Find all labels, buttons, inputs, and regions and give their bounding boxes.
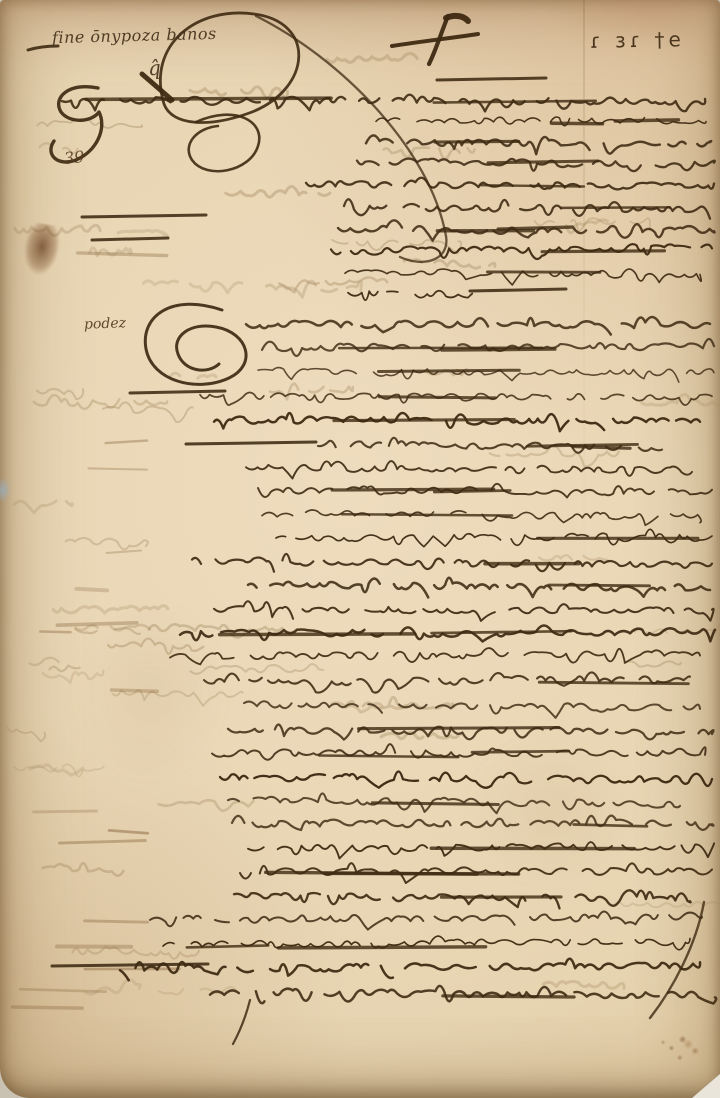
- handwriting-ink-layer: [0, 0, 720, 1098]
- manuscript-scan: fine ōnypoza banos q̂ 39 podez ɾ ɜɾ †e: [0, 0, 720, 1098]
